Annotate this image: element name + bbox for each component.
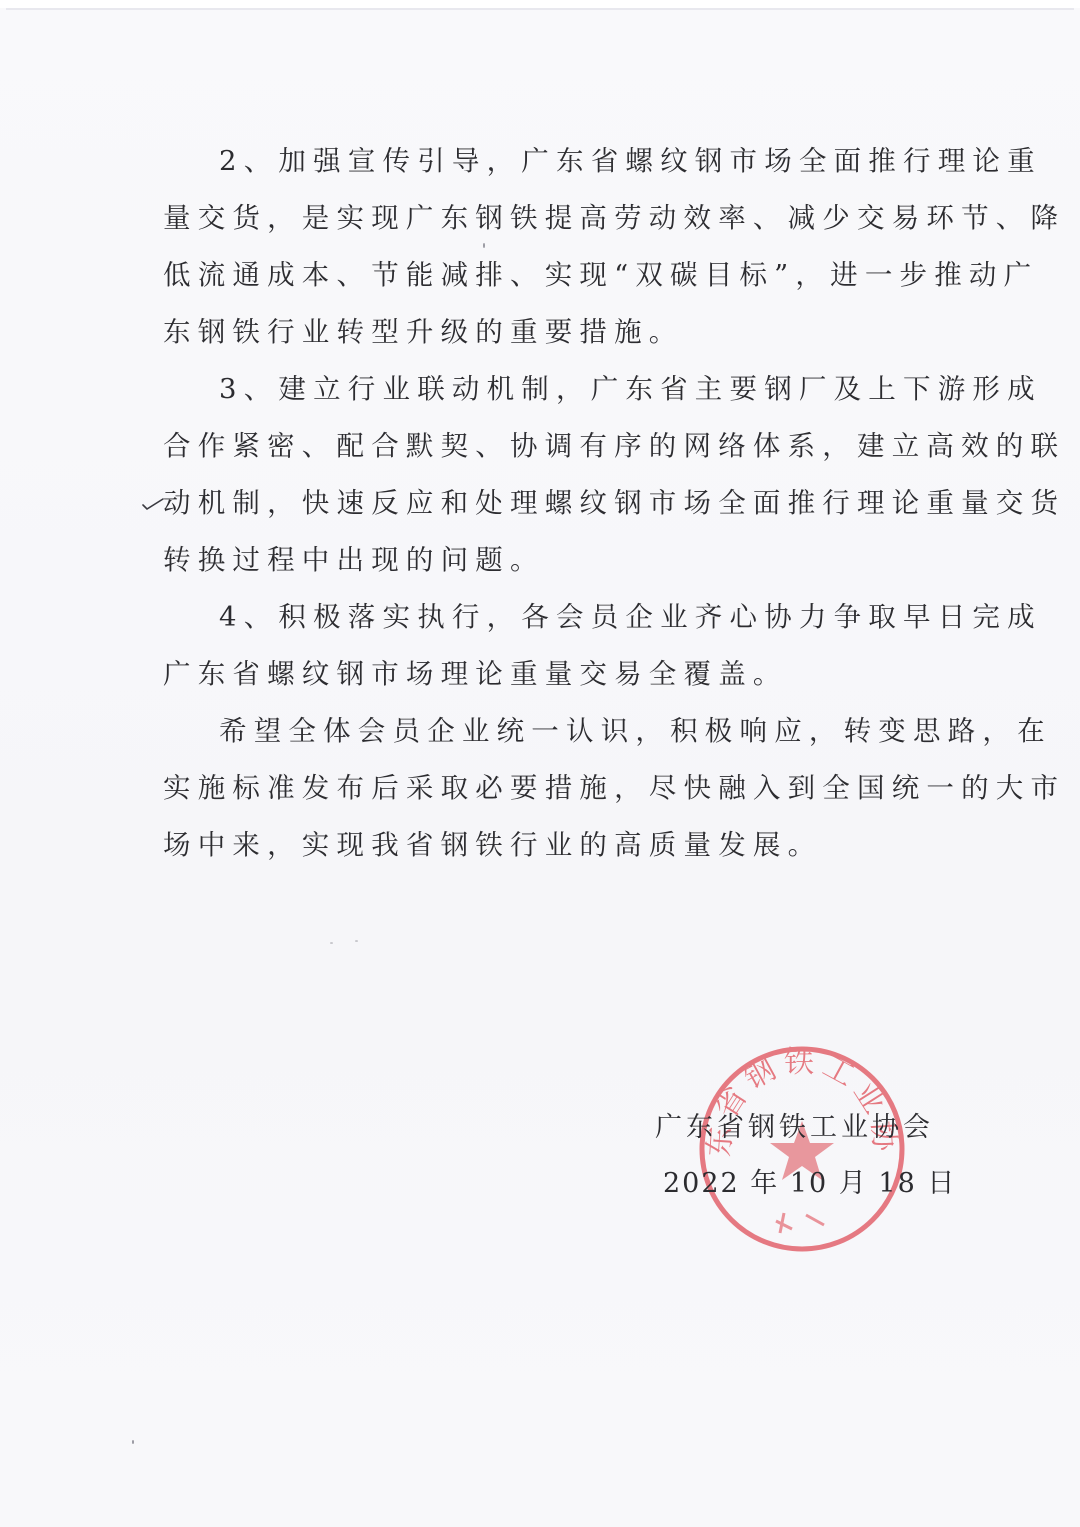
scan-speck: [330, 942, 333, 944]
paragraph-closing: 希望全体会员企业统一认识，积极响应，转变思路，在 实施标准发布后采取必要措施，尽…: [163, 703, 915, 874]
paragraph-item-2: 2、加强宣传引导，广东省螺纹钢市场全面推行理论重 量交货，是实现广东钢铁提高劳动…: [163, 133, 915, 361]
text-line: 希望全体会员企业统一认识，积极响应，转变思路，在: [163, 703, 915, 760]
text-line: 低流通成本、节能减排、实现“双碳目标”，进一步推动广: [163, 247, 915, 304]
text-line: 场中来，实现我省钢铁行业的高质量发展。: [163, 817, 915, 874]
scan-speck: [483, 243, 485, 248]
pen-mark-icon: [142, 497, 164, 511]
signing-organization: 广东省钢铁工业协会: [655, 1100, 925, 1156]
scan-speck: [355, 940, 358, 942]
paragraph-item-3: 3、建立行业联动机制，广东省主要钢厂及上下游形成 合作紧密、配合默契、协调有序的…: [163, 361, 915, 589]
text-line: 东钢铁行业转型升级的重要措施。: [163, 304, 915, 361]
text-line: 量交货，是实现广东钢铁提高劳动效率、减少交易环节、降: [163, 190, 915, 247]
scan-speck: [132, 1440, 134, 1444]
paragraph-item-4: 4、积极落实执行，各会员企业齐心协力争取早日完成 广东省螺纹钢市场理论重量交易全…: [163, 589, 915, 703]
signature-block: 广东省钢铁工业协会 2022 年 10 月 18 日: [655, 1100, 925, 1212]
text-line: 动机制，快速反应和处理螺纹钢市场全面推行理论重量交货: [163, 475, 915, 532]
text-line: 2、加强宣传引导，广东省螺纹钢市场全面推行理论重: [163, 133, 915, 190]
document-body: 2、加强宣传引导，广东省螺纹钢市场全面推行理论重 量交货，是实现广东钢铁提高劳动…: [163, 133, 915, 874]
text-line: 3、建立行业联动机制，广东省主要钢厂及上下游形成: [163, 361, 915, 418]
text-line: 转换过程中出现的问题。: [163, 532, 915, 589]
text-line: 广东省螺纹钢市场理论重量交易全覆盖。: [163, 646, 915, 703]
page-top-shadow: [6, 8, 1074, 10]
document-page: 2、加强宣传引导，广东省螺纹钢市场全面推行理论重 量交货，是实现广东钢铁提高劳动…: [0, 0, 1080, 1527]
text-line: 4、积极落实执行，各会员企业齐心协力争取早日完成: [163, 589, 915, 646]
text-line: 合作紧密、配合默契、协调有序的网络体系，建立高效的联: [163, 418, 915, 475]
page-top-edge: [0, 0, 1080, 8]
signing-date: 2022 年 10 月 18 日: [655, 1156, 925, 1212]
text-line: 实施标准发布后采取必要措施，尽快融入到全国统一的大市: [163, 760, 915, 817]
